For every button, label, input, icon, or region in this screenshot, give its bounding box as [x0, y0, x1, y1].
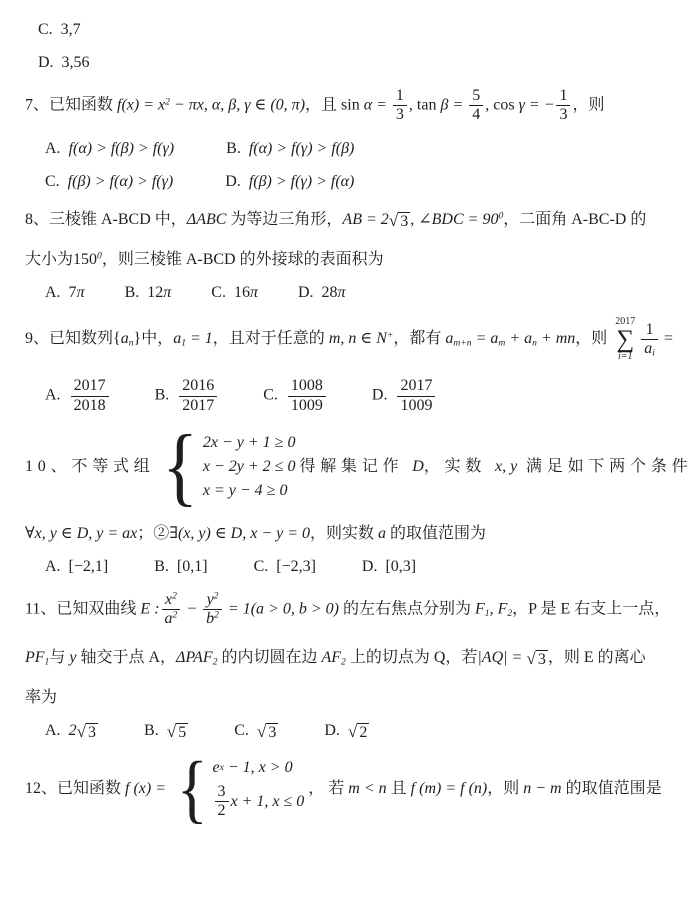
fraction: x2a2	[162, 591, 181, 629]
square-root: √3	[526, 650, 547, 669]
text-run: ，都有	[393, 330, 445, 347]
radicand: 2	[357, 723, 369, 742]
text-run: C.	[234, 722, 257, 739]
text-run: C. [−2,3]	[254, 558, 316, 575]
fraction: 20171009	[397, 377, 435, 415]
square-root: √5	[167, 723, 188, 742]
math-run: π	[77, 284, 85, 301]
math-run: f(β) > f(α) > f(γ)	[68, 173, 174, 190]
cases-rows: 2x − y + 1 ≥ 0x − 2y + 2 ≤ 0x = y − 4 ≥ …	[203, 434, 296, 500]
radicand: 3	[398, 212, 410, 231]
math-run: π	[163, 284, 171, 301]
math-run: , F	[490, 600, 508, 617]
text-run: B.	[155, 387, 178, 404]
math-run: m, n ∈ N	[329, 330, 387, 347]
text-run: 中，	[141, 330, 173, 347]
fraction-denominator: 3	[393, 105, 407, 124]
text-run: C. 3,7	[38, 21, 81, 38]
question-7-options-ab: A. f(α) > f(β) > f(γ)B. f(α) > f(γ) > f(…	[45, 140, 683, 158]
math-run: γ = −	[519, 97, 555, 114]
text-run: =	[660, 330, 673, 347]
question-9-options: A. 20172018B. 20162017C. 10081009D. 2017…	[45, 377, 683, 415]
fraction-denominator: 1009	[397, 396, 435, 415]
math-run: β =	[440, 97, 467, 114]
text-run: 的内切圆在边	[217, 649, 321, 666]
math-run: π	[338, 284, 346, 301]
text-run: 满足如下两个条件：①	[517, 458, 691, 475]
square-root: √3	[389, 212, 410, 231]
text-run: B.	[226, 140, 249, 157]
fraction: 20172018	[71, 377, 109, 415]
text-run: D.	[225, 173, 249, 190]
cases-row: ex − 1, x > 0	[213, 759, 305, 777]
text-run: ，P 是 E 右支上一点，	[512, 600, 670, 617]
math-run: + a	[505, 330, 532, 347]
text-run: ，则实数	[310, 525, 378, 542]
question-7-options-cd: C. f(β) > f(α) > f(γ)D. f(β) > f(γ) > f(…	[45, 173, 683, 191]
fraction-numerator: 2016	[179, 377, 217, 395]
fraction-numerator: 1	[643, 321, 657, 339]
math-run: a	[121, 330, 129, 347]
text-run: 10、不等式组	[25, 458, 155, 475]
superscript: 2	[172, 590, 177, 601]
text-run: D.	[372, 387, 396, 404]
math-run: AF	[322, 649, 342, 666]
text-run: ，实数	[424, 458, 495, 475]
fraction: 32	[215, 783, 229, 821]
question-8-options: A. 7πB. 12πC. 16πD. 28π	[45, 284, 683, 302]
superscript: 2	[214, 610, 219, 621]
text-run: B. [0,1]	[154, 558, 207, 575]
text-run: C.	[263, 387, 286, 404]
fraction-numerator: 5	[469, 87, 483, 105]
math-run: −	[182, 600, 201, 617]
radical-sign-icon: √	[77, 723, 86, 741]
text-run: 为等边三角形，	[226, 211, 342, 228]
math-run: f(α) > f(β) > f(γ)	[69, 140, 175, 157]
fraction: y2b2	[203, 591, 222, 629]
fraction: 54	[469, 87, 483, 125]
fraction-numerator: x2	[162, 591, 180, 609]
cases-row: x = y − 4 ≥ 0	[203, 482, 296, 500]
radical-sign-icon: √	[526, 650, 535, 668]
text-run: , cos	[485, 97, 518, 114]
math-run: PF	[25, 649, 45, 666]
math-run: ∀x, y ∈ D, y = ax	[25, 525, 137, 542]
fraction-numerator: 2017	[397, 377, 435, 395]
radical-sign-icon: √	[167, 723, 176, 741]
math-run: a	[173, 330, 181, 347]
fraction-numerator: 2017	[71, 377, 109, 395]
math-run: ∃(x, y) ∈ D, x − y = 0	[169, 525, 310, 542]
cases-group: {ex − 1, x > 032x + 1, x ≤ 0	[174, 757, 304, 822]
math-run: x + 1, x ≤ 0	[231, 793, 305, 811]
math-run: 2x − y + 1 ≥ 0	[203, 434, 296, 452]
question-12-stem: 12、已知函数 f (x) = {ex − 1, x > 032x + 1, x…	[25, 757, 683, 822]
fraction-denominator: 4	[469, 105, 483, 124]
text-run: 上的切点为 Q，若	[346, 649, 478, 666]
text-run: 的左右焦点分别为	[339, 600, 475, 617]
exam-document-page: C. 3,7D. 3,567、已知函数 f(x) = x2 − πx, α, β…	[0, 0, 691, 918]
square-root: √2	[348, 723, 369, 742]
fraction: 13	[556, 87, 570, 125]
math-run: x	[165, 591, 172, 608]
text-run: ；②	[137, 525, 169, 542]
fraction-denominator: 2018	[71, 396, 109, 415]
question-9-stem: 9、已知数列{an}中，a1 = 1，且对于任意的 m, n ∈ N+，都有 a…	[25, 317, 683, 362]
text-run: 与	[49, 649, 69, 666]
text-run: D. [0,3]	[362, 558, 416, 575]
text-run: sin	[341, 97, 364, 114]
text-run: 且	[387, 780, 411, 797]
math-run: x = y − 4 ≥ 0	[203, 482, 288, 500]
text-run: A.	[45, 722, 69, 739]
square-root: √3	[77, 723, 98, 742]
text-run: ， 若	[308, 780, 348, 797]
math-run: ΔABC	[187, 211, 227, 228]
fraction-denominator: ai	[641, 339, 658, 358]
math-run: F	[475, 600, 485, 617]
question-7-stem: 7、已知函数 f(x) = x2 − πx, α, β, γ ∈ (0, π)，…	[25, 87, 683, 125]
math-run: , ∠BDC = 90	[410, 211, 498, 228]
math-run: − 1, x > 0	[224, 759, 293, 777]
math-run: m < n	[348, 780, 386, 797]
fraction-denominator: a2	[162, 609, 181, 628]
sigma-icon: ∑	[616, 327, 634, 352]
text-run: A.	[45, 387, 69, 404]
math-run: ΔPAF	[176, 649, 213, 666]
math-run: |AQ| =	[477, 649, 526, 666]
text-run: C. 16	[211, 284, 250, 301]
question-11-stem-line3: 率为	[25, 684, 683, 707]
text-run: B. 12	[125, 284, 164, 301]
cases-row: 32x + 1, x ≤ 0	[213, 783, 305, 821]
exam-content: C. 3,7D. 3,567、已知函数 f(x) = x2 − πx, α, β…	[0, 21, 683, 822]
math-run: + mn	[537, 330, 575, 347]
question-10-stem-line2: ∀x, y ∈ D, y = ax；②∃(x, y) ∈ D, x − y = …	[25, 520, 683, 543]
math-run: f (m) = f (n)	[411, 780, 488, 797]
fraction-denominator: 3	[556, 105, 570, 124]
math-run: x, y	[495, 458, 517, 475]
fraction-denominator: 1009	[288, 396, 326, 415]
fraction-numerator: 1	[393, 87, 407, 105]
superscript: 2	[214, 590, 219, 601]
text-run: A. [−2,1]	[45, 558, 108, 575]
text-run: 大小为	[25, 251, 73, 268]
fraction-numerator: 3	[215, 783, 229, 801]
cases-row: x − 2y + 2 ≤ 0	[203, 458, 296, 476]
text-run: 9、已知数列	[25, 330, 113, 347]
math-run: e	[213, 759, 220, 777]
math-run: f(β) > f(γ) > f(α)	[249, 173, 355, 190]
math-run: y	[207, 591, 214, 608]
question-11-options: A. 2√3B. √5C. √3D. √2	[45, 722, 683, 742]
math-run: x − 2y + 2 ≤ 0	[203, 458, 296, 476]
question-10-options: A. [−2,1]B. [0,1]C. [−2,3]D. [0,3]	[45, 558, 683, 576]
math-run: = a	[472, 330, 499, 347]
fraction-numerator: 1008	[288, 377, 326, 395]
math-run: a	[378, 525, 386, 542]
cases-rows: ex − 1, x > 032x + 1, x ≤ 0	[213, 759, 305, 821]
text-run: D.	[324, 722, 348, 739]
math-run: = 1	[186, 330, 213, 347]
fraction: 1ai	[641, 321, 658, 359]
question-8-stem-line1: 8、三棱锥 A-BCD 中，ΔABC 为等边三角形，AB = 2√3, ∠BDC…	[25, 206, 683, 231]
text-run: 得解集记作	[299, 458, 412, 475]
radicand: 3	[536, 650, 548, 669]
math-run: f(x) = x	[117, 97, 165, 114]
text-run: B.	[144, 722, 167, 739]
fraction-denominator: 2017	[179, 396, 217, 415]
text-run: ，则	[572, 97, 604, 114]
math-run: − πx, α, β, γ ∈ (0, π)	[170, 97, 305, 114]
text-run: C.	[45, 173, 68, 190]
text-run: 11、已知双曲线	[25, 600, 140, 617]
question-11-stem-line2: PF1与 y 轴交于点 A，ΔPAF2 的内切圆在边 AF2 上的切点为 Q，若…	[25, 644, 683, 669]
radical-sign-icon: √	[257, 723, 266, 741]
square-root: √3	[257, 723, 278, 742]
fraction-denominator: b2	[203, 609, 222, 628]
text-run: ，则	[575, 330, 611, 347]
text-run: ，且对于任意的	[213, 330, 329, 347]
math-run: = 1(a > 0, b > 0)	[224, 600, 339, 617]
radicand: 5	[176, 723, 188, 742]
summation: 2017∑i=1	[615, 317, 635, 362]
cases-row: 2x − y + 1 ≥ 0	[203, 434, 296, 452]
text-run: {	[113, 330, 121, 347]
text-run: D. 3,56	[38, 54, 90, 71]
text-run: 7、已知函数	[25, 97, 117, 114]
fraction-denominator: 2	[215, 801, 229, 820]
math-run: n − m	[523, 780, 561, 797]
text-run: A.	[45, 140, 69, 157]
math-run: D	[412, 458, 424, 475]
text-run: 的取值范围是	[562, 780, 662, 797]
math-run: α =	[364, 97, 391, 114]
radicand: 3	[266, 723, 278, 742]
fraction: 10081009	[288, 377, 326, 415]
math-run: 2	[69, 722, 77, 739]
summation-lower-limit: i=1	[618, 352, 633, 362]
math-run: f (x) =	[125, 780, 170, 797]
radical-sign-icon: √	[389, 212, 398, 230]
text-run: 12、已知函数	[25, 780, 125, 797]
radicand: 3	[86, 723, 98, 742]
question-8-stem-line2: 大小为1500，则三棱锥 A-BCD 的外接球的表面积为	[25, 246, 683, 269]
text-run: A. 7	[45, 284, 77, 301]
cases-group: {2x − y + 1 ≥ 0x − 2y + 2 ≤ 0x = y − 4 ≥…	[159, 430, 296, 505]
text-run: ，则三棱锥 A-BCD 的外接球的表面积为	[102, 251, 384, 268]
math-run: E :	[140, 600, 159, 617]
fraction: 20162017	[179, 377, 217, 415]
option-d-previous-question: D. 3,56	[38, 54, 683, 72]
option-c-previous-question: C. 3,7	[38, 21, 683, 39]
subscript: i	[652, 348, 655, 359]
math-run: AB = 2	[342, 211, 388, 228]
curly-brace-icon: {	[162, 430, 198, 505]
fraction: 13	[393, 87, 407, 125]
radical-sign-icon: √	[348, 723, 357, 741]
text-run: 150	[73, 251, 97, 268]
text-run: 轴交于点 A，	[76, 649, 176, 666]
text-run: ，则 E 的离心	[548, 649, 646, 666]
math-run: a	[165, 610, 173, 627]
fraction-numerator: 1	[556, 87, 570, 105]
superscript: 2	[173, 610, 178, 621]
math-run: b	[206, 610, 214, 627]
text-run: D. 28	[298, 284, 338, 301]
question-11-stem-line1: 11、已知双曲线 E :x2a2 − y2b2 = 1(a > 0, b > 0…	[25, 591, 683, 629]
text-run: ，且	[305, 97, 341, 114]
text-run: ，则	[487, 780, 523, 797]
text-run: 率为	[25, 689, 57, 706]
text-run: 8、三棱锥 A-BCD 中，	[25, 211, 187, 228]
fraction-numerator: y2	[204, 591, 222, 609]
subscript: m+n	[453, 338, 471, 349]
curly-brace-icon: {	[177, 757, 208, 822]
text-run: 的取值范围为	[386, 525, 486, 542]
text-run: , tan	[409, 97, 441, 114]
math-run: π	[250, 284, 258, 301]
math-run: f(α) > f(γ) > f(β)	[249, 140, 355, 157]
question-10-stem-line1: 10、不等式组{2x − y + 1 ≥ 0x − 2y + 2 ≤ 0x = …	[25, 430, 683, 505]
text-run: ，二面角 A-BC-D 的	[503, 211, 646, 228]
